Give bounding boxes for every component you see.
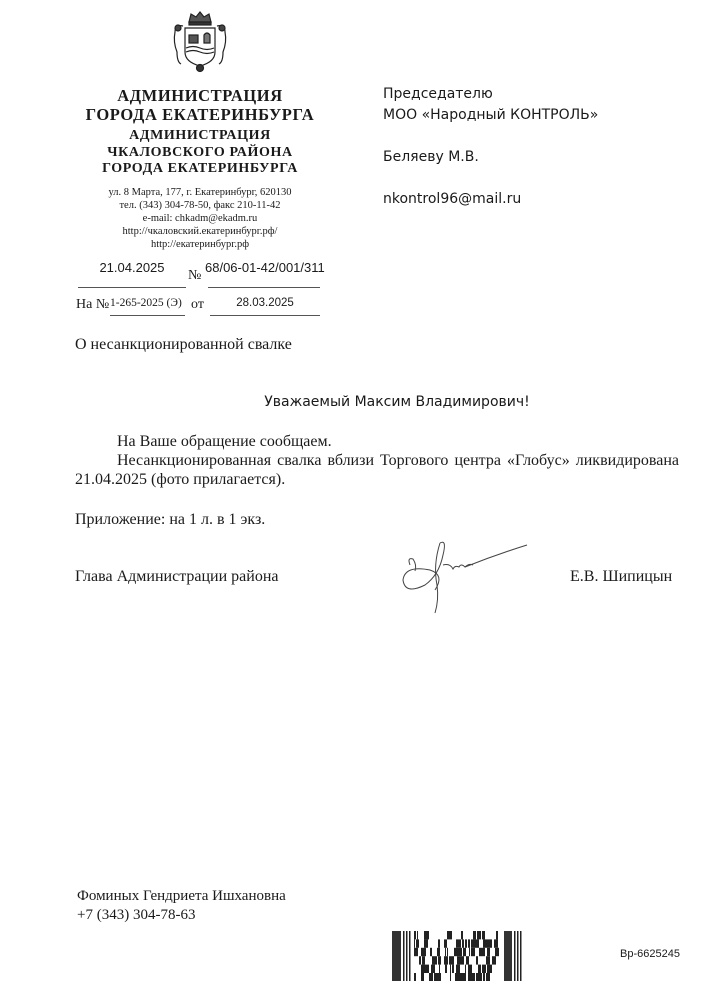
- website-link-city[interactable]: http://екатеринбург.рф: [60, 238, 340, 251]
- outgoing-number-field: 68/06-01-42/001/311: [208, 259, 320, 288]
- org-line-2: ГОРОДА ЕКАТЕРИНБУРГА: [60, 105, 340, 124]
- reply-to-date: 28.03.2025: [236, 297, 294, 309]
- suborg-line-1: АДМИНИСТРАЦИЯ: [60, 128, 340, 145]
- executor-phone: +7 (343) 304-78-63: [77, 906, 286, 925]
- signatory-name: Е.В. Шипицын: [570, 568, 672, 586]
- executor-block: Фоминых Гендриета Ишхановна +7 (343) 304…: [77, 887, 286, 925]
- body-paragraph: На Ваше обращение сообщаем.: [75, 432, 679, 451]
- from-label: от: [191, 297, 204, 313]
- suborg-line-3: ГОРОДА ЕКАТЕРИНБУРГА: [60, 161, 340, 178]
- handwritten-signature-icon: [395, 535, 535, 615]
- recipient-organization: МОО «Народный КОНТРОЛЬ»: [383, 105, 598, 126]
- recipient-block: Председателю МОО «Народный КОНТРОЛЬ» Бел…: [383, 84, 598, 210]
- website-link-district[interactable]: http://чкаловский.екатеринбург.рф/: [60, 225, 340, 238]
- reply-to-date-field: 28.03.2025: [210, 297, 320, 316]
- suborg-line-2: ЧКАЛОВСКОГО РАЙОНА: [60, 145, 340, 162]
- phone-fax: тел. (343) 304-78-50, факс 210-11-42: [60, 199, 340, 212]
- signatory-title: Глава Администрации района: [75, 568, 279, 586]
- address: ул. 8 Марта, 177, г. Екатеринбург, 62013…: [60, 186, 340, 199]
- outgoing-number: 68/06-01-42/001/311: [205, 260, 325, 275]
- executor-name: Фоминых Гендриета Ишхановна: [77, 887, 286, 906]
- letter-subject: О несанкционированной свалке: [75, 336, 292, 354]
- organization-name: АДМИНИСТРАЦИЯ ГОРОДА ЕКАТЕРИНБУРГА: [60, 86, 340, 124]
- number-label: №: [188, 268, 201, 284]
- attachment-note: Приложение: на 1 л. в 1 экз.: [75, 511, 265, 529]
- body-paragraph: Несанкционированная свалка вблизи Торгов…: [75, 451, 679, 489]
- letter-body: На Ваше обращение сообщаем. Несанкционир…: [75, 432, 679, 489]
- suborganization-name: АДМИНИСТРАЦИЯ ЧКАЛОВСКОГО РАЙОНА ГОРОДА …: [60, 128, 340, 178]
- letterhead-contacts: ул. 8 Марта, 177, г. Екатеринбург, 62013…: [60, 186, 340, 251]
- document-id: Вр-6625245: [620, 948, 680, 960]
- org-line-1: АДМИНИСТРАЦИЯ: [60, 86, 340, 105]
- coat-of-arms-icon: [163, 8, 237, 74]
- reply-to-number-field: 1-265-2025 (Э): [110, 297, 185, 316]
- salutation: Уважаемый Максим Владимирович!: [0, 394, 709, 410]
- reply-to-number: 1-265-2025 (Э): [110, 297, 182, 309]
- outgoing-date-field: 21.04.2025: [78, 259, 186, 288]
- reply-to-label: На №: [76, 297, 109, 313]
- email-link[interactable]: e-mail: chkadm@ekadm.ru: [60, 212, 340, 225]
- recipient-email[interactable]: nkontrol96@mail.ru: [383, 189, 598, 210]
- recipient-position: Председателю: [383, 84, 598, 105]
- outgoing-date: 21.04.2025: [99, 260, 164, 275]
- recipient-name: Беляеву М.В.: [383, 147, 598, 168]
- pdf417-barcode-icon: [392, 931, 523, 981]
